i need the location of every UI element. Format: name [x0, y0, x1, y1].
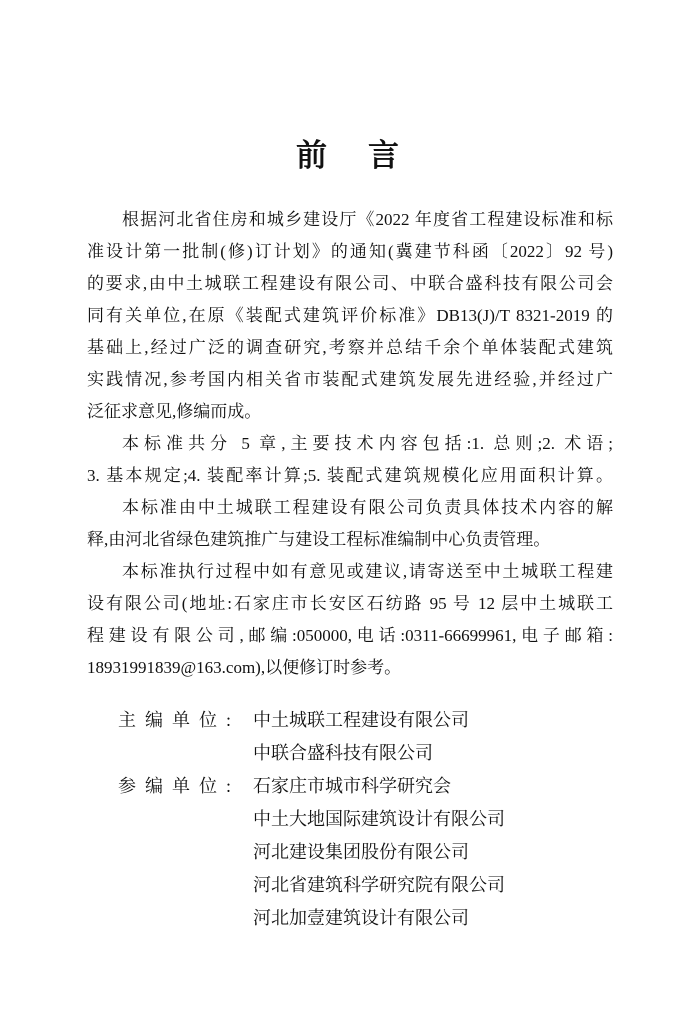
paragraph-line: 泛征求意见,修编而成。 — [87, 396, 613, 428]
paragraph-line: 的要求,由中土城联工程建设有限公司、中联合盛科技有限公司会 — [87, 268, 613, 300]
chief-editor-row: 中联合盛科技有限公司 — [87, 737, 613, 770]
co-editor-label: 参编单位: — [87, 770, 253, 803]
paragraph-line: 实践情况,参考国内相关省市装配式建筑发展先进经验,并经过广 — [87, 364, 613, 396]
co-editor-value: 河北加壹建筑设计有限公司 — [253, 902, 613, 935]
co-editor-value: 石家庄市城市科学研究会 — [253, 770, 613, 803]
paragraph-line: 根据河北省住房和城乡建设厅《2022 年度省工程建设标准和标 — [87, 204, 613, 236]
paragraph-line: 释,由河北省绿色建筑推广与建设工程标准编制中心负责管理。 — [87, 524, 613, 556]
paragraph-line: 同有关单位,在原《装配式建筑评价标准》DB13(J)/T 8321-2019 的 — [87, 300, 613, 332]
co-editor-label — [87, 869, 253, 902]
co-editor-value: 河北省建筑科学研究院有限公司 — [253, 869, 613, 902]
paragraph-line: 本标准由中土城联工程建设有限公司负责具体技术内容的解 — [87, 492, 613, 524]
paragraph-line: 3. 基本规定;4. 装配率计算;5. 装配式建筑规模化应用面积计算。 — [87, 460, 613, 492]
chief-editor-value: 中联合盛科技有限公司 — [253, 737, 613, 770]
foreword-body: 根据河北省住房和城乡建设厅《2022 年度省工程建设标准和标 准设计第一批制(修… — [87, 204, 613, 684]
co-editor-label — [87, 836, 253, 869]
paragraph-line: 本标准执行过程中如有意见或建议,请寄送至中土城联工程建 — [87, 556, 613, 588]
paragraph-line: 18931991839@163.com),以便修订时参考。 — [87, 652, 613, 684]
chief-editor-label — [87, 737, 253, 770]
co-editor-row: 河北加壹建筑设计有限公司 — [87, 902, 613, 935]
co-editor-value: 河北建设集团股份有限公司 — [253, 836, 613, 869]
paragraph-line: 准设计第一批制(修)订计划》的通知(冀建节科函〔2022〕92 号) — [87, 236, 613, 268]
chief-editor-row: 主编单位: 中土城联工程建设有限公司 — [87, 704, 613, 737]
page-title: 前 言 — [87, 134, 613, 178]
page-content: 前 言 根据河北省住房和城乡建设厅《2022 年度省工程建设标准和标 准设计第一… — [87, 0, 613, 935]
paragraph-line: 本标准共分 5 章,主要技术内容包括:1. 总则;2. 术语; — [87, 428, 613, 460]
co-editor-label — [87, 803, 253, 836]
paragraph-line: 程建设有限公司,邮编:050000,电话:0311-66699961,电子邮箱: — [87, 620, 613, 652]
paragraph-line: 设有限公司(地址:石家庄市长安区石纺路 95 号 12 层中土城联工 — [87, 588, 613, 620]
co-editor-row: 中土大地国际建筑设计有限公司 — [87, 803, 613, 836]
co-editor-value: 中土大地国际建筑设计有限公司 — [253, 803, 613, 836]
co-editor-row: 参编单位: 石家庄市城市科学研究会 — [87, 770, 613, 803]
chief-editor-value: 中土城联工程建设有限公司 — [253, 704, 613, 737]
co-editor-row: 河北省建筑科学研究院有限公司 — [87, 869, 613, 902]
paragraph-line: 基础上,经过广泛的调查研究,考察并总结千余个单体装配式建筑 — [87, 332, 613, 364]
credits-section: 主编单位: 中土城联工程建设有限公司 中联合盛科技有限公司 参编单位: 石家庄市… — [87, 704, 613, 935]
co-editor-row: 河北建设集团股份有限公司 — [87, 836, 613, 869]
co-editor-label — [87, 902, 253, 935]
chief-editor-label: 主编单位: — [87, 704, 253, 737]
document-page: 前 言 根据河北省住房和城乡建设厅《2022 年度省工程建设标准和标 准设计第一… — [0, 0, 700, 1016]
